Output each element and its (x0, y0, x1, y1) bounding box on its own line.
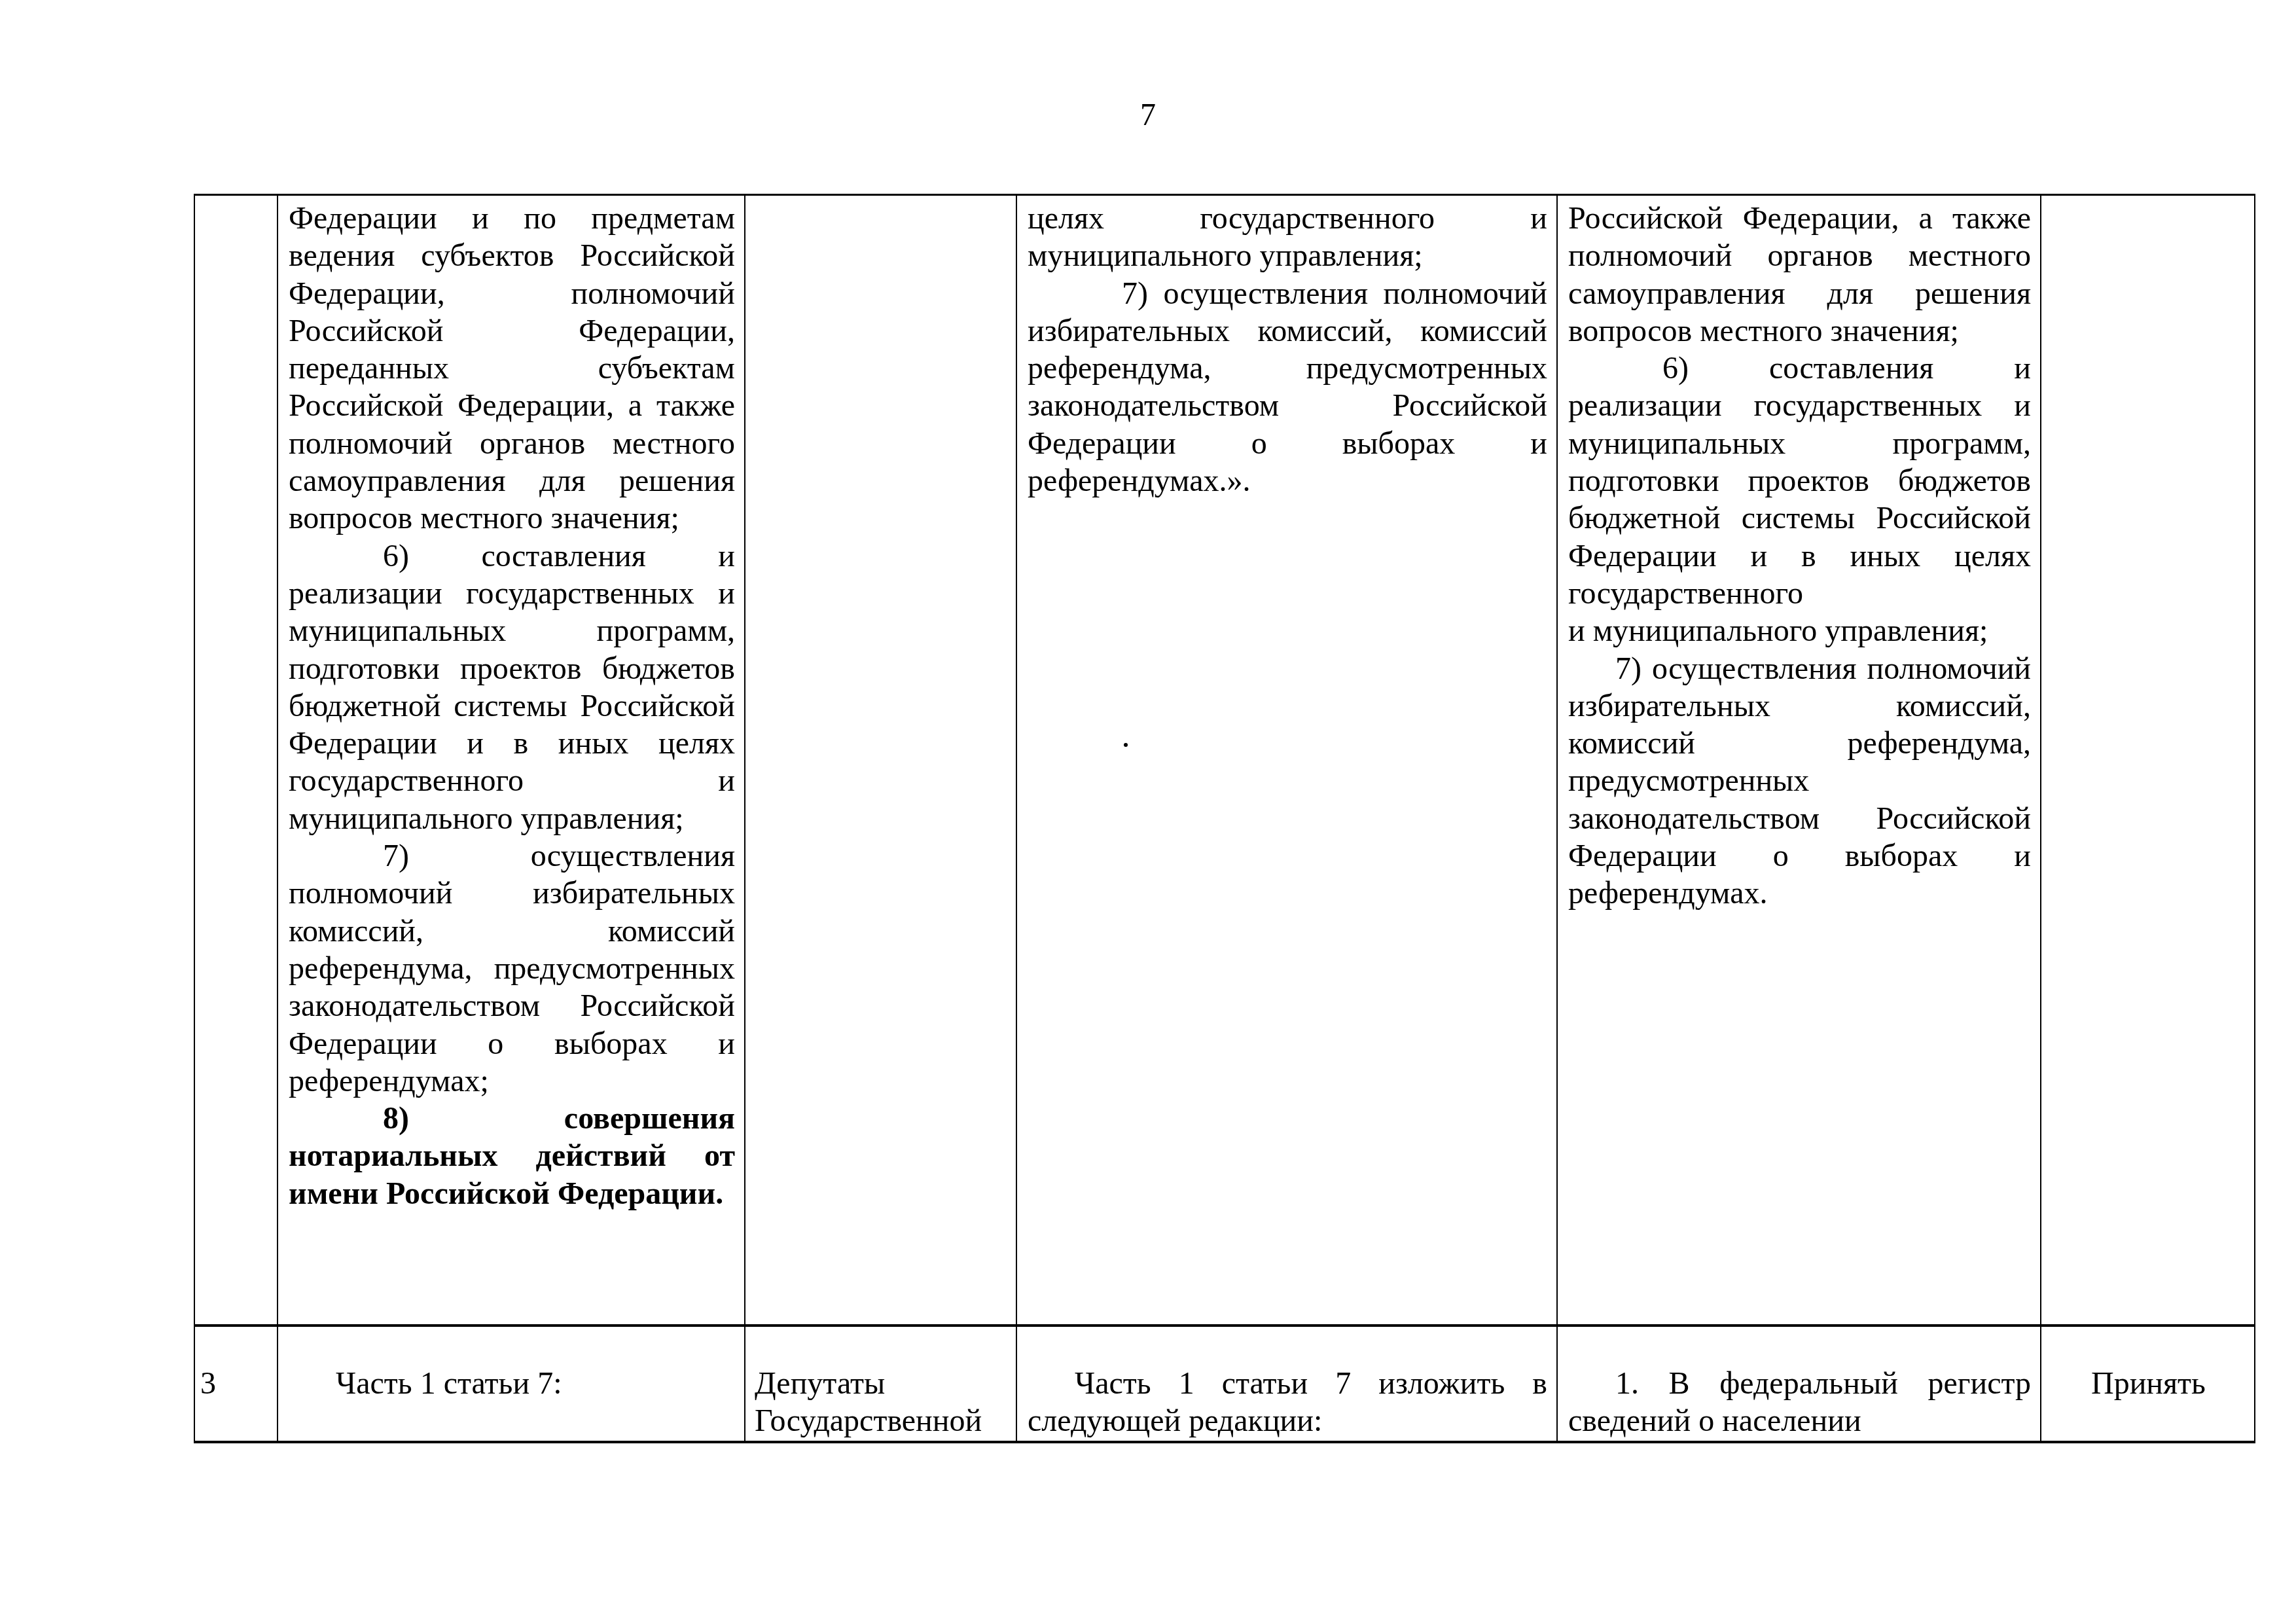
decision-cell (2041, 195, 2255, 1326)
table-row: Федерации и по предметам ведения субъект… (194, 195, 2255, 1326)
table-row: 3 Часть 1 статьи 7: Депутаты Государстве… (194, 1326, 2255, 1442)
row-number-cell: 3 (194, 1326, 278, 1442)
paragraph-bold: 8) совершения нотариальных действий от и… (289, 1100, 735, 1212)
decision-text: Принять (2052, 1365, 2245, 1402)
paragraph: Российской Федерации, а также полномочий… (1568, 200, 2031, 350)
paragraph: 7) осуществления полномочий избирательны… (1028, 275, 1547, 500)
paragraph: 7) осуществления полномочий избирательны… (1568, 650, 2031, 912)
amendment-cell: Часть 1 статьи 7 изложить в следующей ре… (1016, 1326, 1557, 1442)
amendment-cell: целях государственного и муниципального … (1016, 195, 1557, 1326)
proposed-text-cell: 1. В федеральный регистр сведений о насе… (1557, 1326, 2041, 1442)
paragraph: и муниципального управления; (1568, 612, 2031, 649)
paragraph: 6) составления и реализации государствен… (1568, 350, 2031, 612)
author-cell: Депутаты Государственной (745, 1326, 1016, 1442)
paragraph: целях государственного и муниципального … (1028, 200, 1547, 275)
stray-dot (1124, 743, 1128, 747)
author-cell (745, 195, 1016, 1326)
current-text-cell: Часть 1 статьи 7: (278, 1326, 745, 1442)
row-number (195, 196, 277, 234)
decision-text (2041, 196, 2254, 200)
paragraph: Часть 1 статьи 7 изложить в следующей ре… (1028, 1365, 1547, 1440)
paragraph: 7) осуществления полномочий избирательны… (289, 837, 735, 1100)
row-number: 3 (195, 1327, 277, 1402)
paragraph: 1. В федеральный регистр сведений о насе… (1568, 1365, 2031, 1440)
current-text-cell: Федерации и по предметам ведения субъект… (278, 195, 745, 1326)
paragraph: Федерации и по предметам ведения субъект… (289, 200, 735, 537)
paragraph: Часть 1 статьи 7: (289, 1365, 735, 1402)
amendments-table: Федерации и по предметам ведения субъект… (194, 194, 2255, 1443)
paragraph: 6) составления и реализации государствен… (289, 537, 735, 837)
proposed-text-cell: Российской Федерации, а также полномочий… (1557, 195, 2041, 1326)
author-text: Депутаты Государственной (755, 1365, 1007, 1440)
row-number-cell (194, 195, 278, 1326)
author-text (745, 196, 1016, 200)
decision-cell: Принять (2041, 1326, 2255, 1442)
page-number: 7 (0, 97, 2296, 134)
